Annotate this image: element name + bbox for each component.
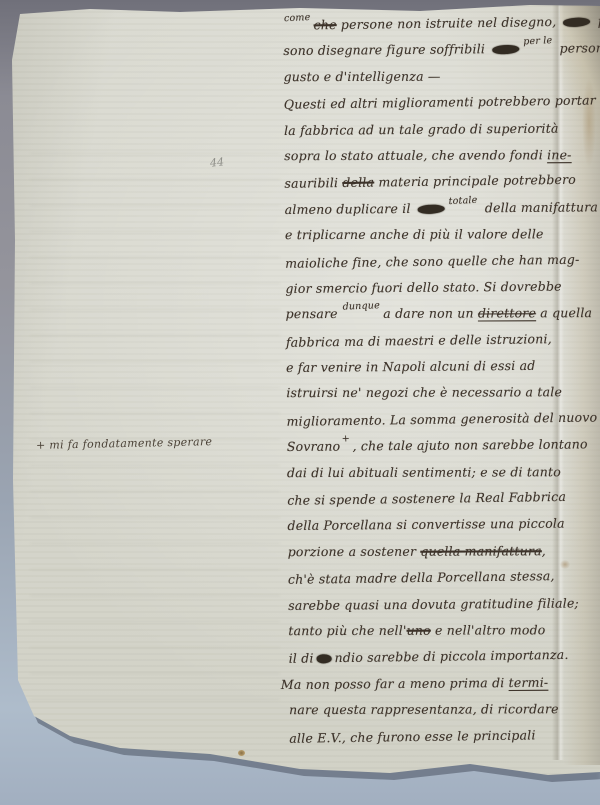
handwritten-text: il di <box>289 651 314 666</box>
handwritten-text: della manifattura <box>481 199 598 215</box>
manuscript-line: sauribili della materia principale potre… <box>284 167 596 198</box>
inserted-word: per le <box>523 29 553 57</box>
manuscript-line: ch'è stata madre della Porcellana stessa… <box>288 563 600 594</box>
verso-showthrough-texture <box>30 140 280 700</box>
handwritten-text: Ma non posso far a meno prima di <box>281 675 509 692</box>
manuscript-line: porzione a sostener quella manifattura, <box>288 538 600 565</box>
handwritten-text: e nell'altro modo <box>431 622 546 637</box>
handwritten-text: Questi ed altri miglioramenti potrebbero… <box>284 93 596 112</box>
inserted-word: dunque <box>342 293 380 321</box>
manuscript-text: comeche persone non istruite nel disegno… <box>283 9 600 751</box>
handwritten-text: gusto e d'intelligenza — <box>284 68 441 84</box>
handwritten-text: almeno duplicare il <box>285 201 415 217</box>
manuscript-line: istruirsi ne' negozi che è necessario a … <box>286 380 598 407</box>
handwritten-text: , che tale ajuto non sarebbe lontano <box>352 437 587 454</box>
inserted-word: + <box>341 427 350 454</box>
handwritten-text: e triplicarne anche di più il valore del… <box>285 226 544 242</box>
manuscript-line: dai di lui abituali sentimenti; e se di … <box>287 459 599 486</box>
pencil-page-number: 44 <box>209 155 224 169</box>
handwritten-text: istruirsi ne' negozi che è necessario a … <box>286 385 562 401</box>
handwritten-text: la fabbrica ad un tale grado di superior… <box>284 120 559 137</box>
handwritten-text: sopra lo stato attuale, che avendo fondi <box>284 147 547 163</box>
handwritten-text: porzione a sostener <box>288 544 421 559</box>
handwritten-text: , <box>542 543 546 558</box>
manuscript-page: 44 + mi fa fondatamente sperare comeche … <box>0 0 600 805</box>
manuscript-line: fabbrica ma di maestri e delle istruzion… <box>286 325 598 356</box>
manuscript-line: gior smercio fuori dello stato. Si dovre… <box>285 273 597 302</box>
handwritten-text: alle E.V., che furono esse le principali <box>289 727 535 745</box>
manuscript-line: che si spende a sostenere la Real Fabbri… <box>287 483 599 514</box>
handwritten-text: maioliche fine, che sono quelle che han … <box>285 251 579 270</box>
manuscript-line: il dindio sarebbe di piccola importanza. <box>288 642 600 673</box>
handwritten-text: tanto più che nell' <box>288 623 406 638</box>
handwritten-text: della <box>342 175 374 190</box>
handwritten-text: Sovrano <box>287 439 341 454</box>
handwritten-text: che si spende a sostenere la Real Fabbri… <box>287 489 566 508</box>
handwritten-text: che <box>313 17 336 32</box>
manuscript-line: della Porcellana si convertisse una picc… <box>287 511 599 540</box>
manuscript-line: la fabbrica ad un tale grado di superior… <box>284 115 596 144</box>
manuscript-line: sono disegnare figure soffribili per le … <box>283 36 595 65</box>
handwritten-text: a dare non un <box>383 306 478 321</box>
handwritten-text: pensare <box>286 306 342 321</box>
handwritten-text: e far venire in Napoli alcuni di essi ad <box>286 358 535 375</box>
manuscript-line: Ma non posso far a meno prima di termi- <box>281 669 600 698</box>
manuscript-line: sarebbe quasi una dovuta gratitudine fil… <box>288 590 600 619</box>
handwritten-text: gior smercio fuori dello stato. Si dovre… <box>285 278 561 295</box>
manuscript-line: pensare dunquea dare non un direttore a … <box>286 300 598 327</box>
manuscript-line: maioliche fine, che sono quelle che han … <box>285 246 597 277</box>
ink-blot <box>492 44 520 55</box>
photo-backdrop: 44 + mi fa fondatamente sperare comeche … <box>0 0 600 805</box>
handwritten-text: pos- <box>593 13 600 28</box>
paper-stain <box>238 750 245 756</box>
manuscript-line: e triplicarne anche di più il valore del… <box>285 221 597 248</box>
inserted-word: totale <box>448 188 478 216</box>
handwritten-text: miglioramento. La somma generosità del n… <box>286 409 597 428</box>
ink-blot <box>563 17 591 28</box>
handwritten-text: della Porcellana si convertisse una picc… <box>287 516 564 533</box>
handwritten-text: ch'è stata madre della Porcellana stessa… <box>288 568 555 587</box>
manuscript-line: nare questa rappresentanza, di ricordare <box>289 696 600 723</box>
manuscript-line: alle E.V., che furono esse le principali <box>289 721 600 752</box>
handwritten-text: sono disegnare figure soffribili <box>283 42 489 59</box>
handwritten-text: nare questa rappresentanza, di ricordare <box>289 701 559 717</box>
manuscript-line: sopra lo stato attuale, che avendo fondi… <box>284 142 596 169</box>
manuscript-line: gusto e d'intelligenza — <box>284 63 596 90</box>
handwritten-text: direttore <box>478 306 536 321</box>
manuscript-line: e far venire in Napoli alcuni di essi ad <box>286 352 598 381</box>
handwritten-text: sauribili <box>284 175 342 191</box>
handwritten-text: persone di <box>555 40 600 56</box>
manuscript-line: miglioramento. La somma generosità del n… <box>286 404 598 435</box>
manuscript-line: Questi ed altri miglioramenti potrebbero… <box>284 88 596 119</box>
handwritten-text: ine- <box>547 147 572 162</box>
manuscript-line: Sovrano+, che tale ajuto non sarebbe lon… <box>287 432 599 461</box>
handwritten-text: sarebbe quasi una dovuta gratitudine fil… <box>288 595 579 613</box>
ink-blot <box>417 203 445 214</box>
inserted-word: come <box>283 5 311 33</box>
handwritten-text: fabbrica ma di maestri e delle istruzion… <box>286 331 552 350</box>
manuscript-line: tanto più che nell'uno e nell'altro modo <box>288 617 600 644</box>
handwritten-text: ndio sarebbe di piccola importanza. <box>335 647 569 665</box>
handwritten-text: uno <box>407 623 431 638</box>
handwritten-text: dai di lui abituali sentimenti; e se di … <box>287 464 561 480</box>
handwritten-text: quella manifattura <box>420 543 541 558</box>
ink-blot <box>316 654 332 664</box>
handwritten-text: termi- <box>509 674 549 689</box>
handwritten-text: a quella <box>536 305 592 320</box>
manuscript-line: almeno duplicare il totale della manifat… <box>285 194 597 223</box>
